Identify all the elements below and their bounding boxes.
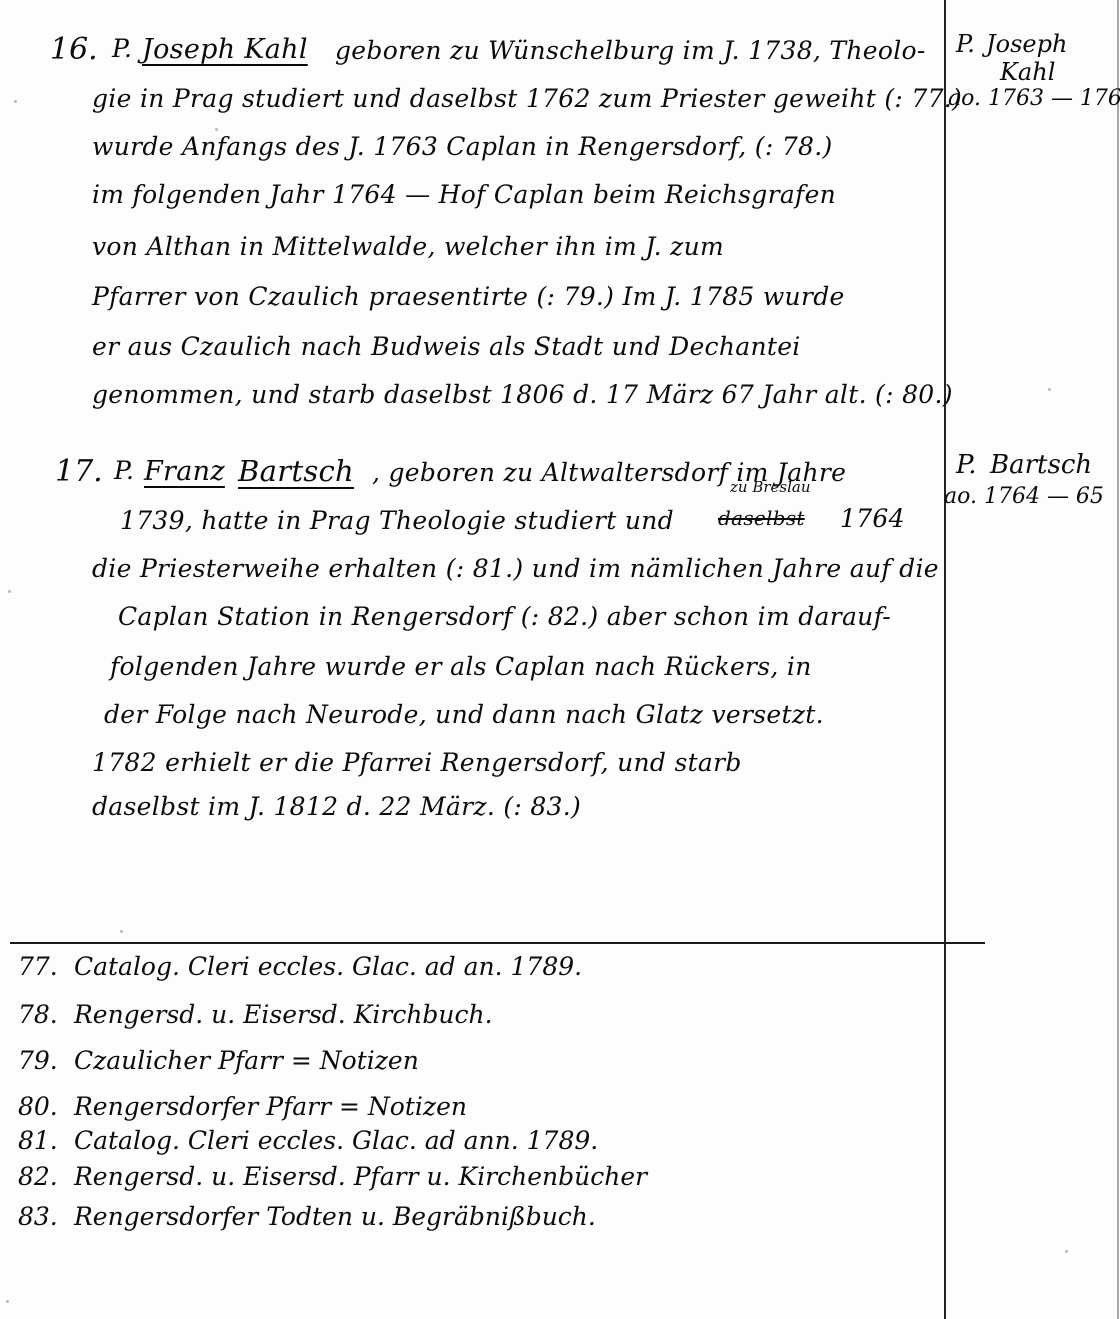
footnote-separator-rule [10, 942, 985, 944]
entry-line: der Folge nach Neurode, und dann nach Gl… [104, 700, 824, 729]
footnote: 77. Catalog. Cleri eccles. Glac. ad an. … [18, 952, 582, 981]
footnote: 81. Catalog. Cleri eccles. Glac. ad ann.… [18, 1126, 598, 1155]
footnote-text: Czaulicher Pfarr = Notizen [74, 1046, 419, 1075]
scan-speck [14, 100, 17, 103]
footnote-text: Catalog. Cleri eccles. Glac. ad ann. 178… [74, 1126, 598, 1155]
margin-title: P. [956, 450, 977, 480]
margin-column-rule [944, 0, 946, 1319]
margin-years: ao. 1764 — 65 [944, 484, 1104, 509]
entry-line: gie in Prag studiert und daselbst 1762 z… [92, 84, 962, 113]
entry-line: Caplan Station in Rengersdorf (: 82.) ab… [118, 602, 891, 631]
interlinear-insertion: zu Breslau [730, 478, 811, 496]
scan-speck [1048, 388, 1051, 391]
entry-title-abbrev: P. [114, 456, 134, 485]
footnote: 79. Czaulicher Pfarr = Notizen [18, 1046, 419, 1075]
entry-line: 1739, hatte in Prag Theologie studiert u… [120, 506, 674, 535]
entry-line: er aus Czaulich nach Budweis als Stadt u… [92, 332, 801, 361]
footnote-text: Rengersdorfer Todten u. Begräbnißbuch. [74, 1202, 596, 1231]
footnote: 82. Rengersd. u. Eisersd. Pfarr u. Kirch… [18, 1162, 647, 1191]
entry-line: daselbst im J. 1812 d. 22 März. (: 83.) [92, 792, 581, 821]
entry-line: geboren zu Wünschelburg im J. 1738, Theo… [335, 36, 926, 65]
footnote-text: Rengersdorfer Pfarr = Notizen [74, 1092, 467, 1121]
entry-year: 1764 [840, 504, 905, 533]
scan-speck [6, 1300, 9, 1303]
footnote: 83. Rengersdorfer Todten u. Begräbnißbuc… [18, 1202, 596, 1231]
footnote-text: Rengersd. u. Eisersd. Pfarr u. Kirchenbü… [74, 1162, 647, 1191]
footnote-number: 83. [18, 1202, 66, 1231]
footnote-number: 78. [18, 1000, 66, 1029]
margin-name: Bartsch [990, 450, 1092, 480]
entry-title-abbrev: P. [112, 34, 132, 63]
entry-line: von Althan in Mittelwalde, welcher ihn i… [92, 232, 724, 261]
entry-name-last: Bartsch [238, 454, 354, 488]
entry-name-first: Franz [144, 456, 225, 487]
footnote-number: 79. [18, 1046, 66, 1075]
entry-line: 1782 erhielt er die Pfarrei Rengersdorf,… [92, 748, 742, 777]
scan-speck [215, 128, 218, 131]
footnote-number: 77. [18, 952, 66, 981]
footnote-number: 80. [18, 1092, 66, 1121]
page-edge-rule [1117, 0, 1119, 1319]
margin-name: Kahl [1000, 58, 1055, 86]
scan-speck [120, 930, 123, 933]
scan-speck [1065, 1250, 1068, 1253]
entry-number: 16. [50, 32, 98, 67]
margin-title: P. [956, 30, 975, 58]
entry-name: Joseph Kahl [142, 34, 308, 65]
footnote: 78. Rengersd. u. Eisersd. Kirchbuch. [18, 1000, 493, 1029]
footnote: 80. Rengersdorfer Pfarr = Notizen [18, 1092, 467, 1121]
entry-line: folgenden Jahre wurde er als Caplan nach… [110, 652, 812, 681]
footnote-number: 81. [18, 1126, 66, 1155]
footnote-text: Catalog. Cleri eccles. Glac. ad an. 1789… [74, 952, 582, 981]
footnote-text: Rengersd. u. Eisersd. Kirchbuch. [74, 1000, 493, 1029]
entry-number: 17. [55, 454, 103, 489]
entry-line: wurde Anfangs des J. 1763 Caplan in Reng… [92, 132, 833, 161]
margin-name: Joseph [986, 30, 1067, 58]
margin-years: ao. 1763 — 1764. [948, 86, 1120, 111]
struck-word: daselbst [718, 506, 805, 530]
entry-line: Pfarrer von Czaulich praesentirte (: 79.… [92, 282, 845, 311]
entry-line: im folgenden Jahr 1764 — Hof Caplan beim… [92, 180, 836, 209]
scan-speck [8, 590, 11, 593]
footnote-number: 82. [18, 1162, 66, 1191]
entry-line: die Priesterweihe erhalten (: 81.) und i… [92, 554, 939, 583]
manuscript-page: 16. P. Joseph Kahl geboren zu Wünschelbu… [0, 0, 1120, 1319]
entry-line: genommen, und starb daselbst 1806 d. 17 … [92, 380, 953, 409]
